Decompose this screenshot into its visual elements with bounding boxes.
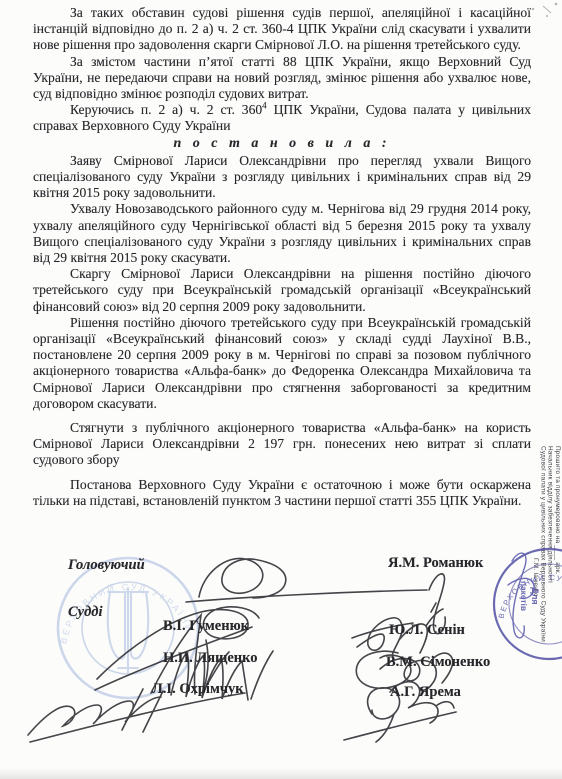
binding-note-vertical: Прошито та пронумеровано на ____ арк. На… bbox=[531, 446, 561, 766]
ruling-basis-text: Керуючись п. 2 а) ч. 2 ст. 360 bbox=[70, 102, 262, 117]
judge-name-simonenko: В.М. Сімоненко bbox=[386, 654, 490, 671]
judges-label: Судді bbox=[68, 604, 102, 621]
paragraph-cassation: За таких обставин судові рішення судів п… bbox=[33, 5, 531, 54]
scan-bottom-shade bbox=[0, 768, 562, 779]
binding-note-signatory-name: Г.М. Іаженко bbox=[532, 446, 539, 766]
judge-name-lyashchenko: Н.П. Лященко bbox=[163, 650, 258, 667]
binding-note-line: Судової палати у цивільних справах Верхо… bbox=[539, 446, 546, 766]
paragraph-finality-clause: Постанова Верховного Суду України є оста… bbox=[33, 477, 531, 509]
paragraph-court-fee-recovery: Стягнути з публічного акціонерного товар… bbox=[33, 420, 531, 469]
judge-name-senin: Ю.Л. Сенін bbox=[389, 622, 465, 639]
paragraph-application-granted: Заяву Смірнової Лариси Олександрівни про… bbox=[33, 153, 531, 202]
judge-name-okhrimchuk: Л.І. Охрімчук bbox=[152, 681, 244, 698]
paragraph-ruling-basis: Керуючись п. 2 а) ч. 2 ст. 3604 ЦПК Укра… bbox=[33, 102, 531, 134]
judge-name-humeniuk: В.І. Гуменюк bbox=[163, 618, 249, 635]
judge-name-yarema: А.Г. Ярема bbox=[390, 684, 461, 701]
binding-note-line: Начальник відділу забезпечення діяльност… bbox=[546, 446, 553, 766]
stamp-center-line2: пакетів bbox=[519, 581, 529, 611]
binding-note-line: Прошито та пронумеровано на ____ арк. bbox=[554, 446, 561, 766]
document-body: За таких обставин судові рішення судів п… bbox=[33, 5, 531, 509]
scanned-court-decision-page: За таких обставин судові рішення судів п… bbox=[0, 0, 562, 779]
paragraph-complaint-granted: Скаргу Смірнової Лариси Олександрівни на… bbox=[33, 266, 531, 315]
chair-name: Я.М. Романюк bbox=[388, 555, 483, 572]
scan-specks bbox=[532, 3, 558, 17]
trident-icon bbox=[108, 588, 148, 673]
paragraph-arbitration-decision-cancelled: Рішення постійно діючого третейського су… bbox=[33, 315, 531, 412]
paragraph-rulings-cancelled: Ухвалу Новозаводського районного суду м.… bbox=[33, 201, 531, 266]
resolution-heading: п о с т а н о в и л а : bbox=[33, 136, 531, 152]
chair-label: Головуючий bbox=[68, 557, 145, 574]
paragraph-article-88: За змістом частини п’ятої статті 88 ЦПК … bbox=[33, 54, 531, 103]
